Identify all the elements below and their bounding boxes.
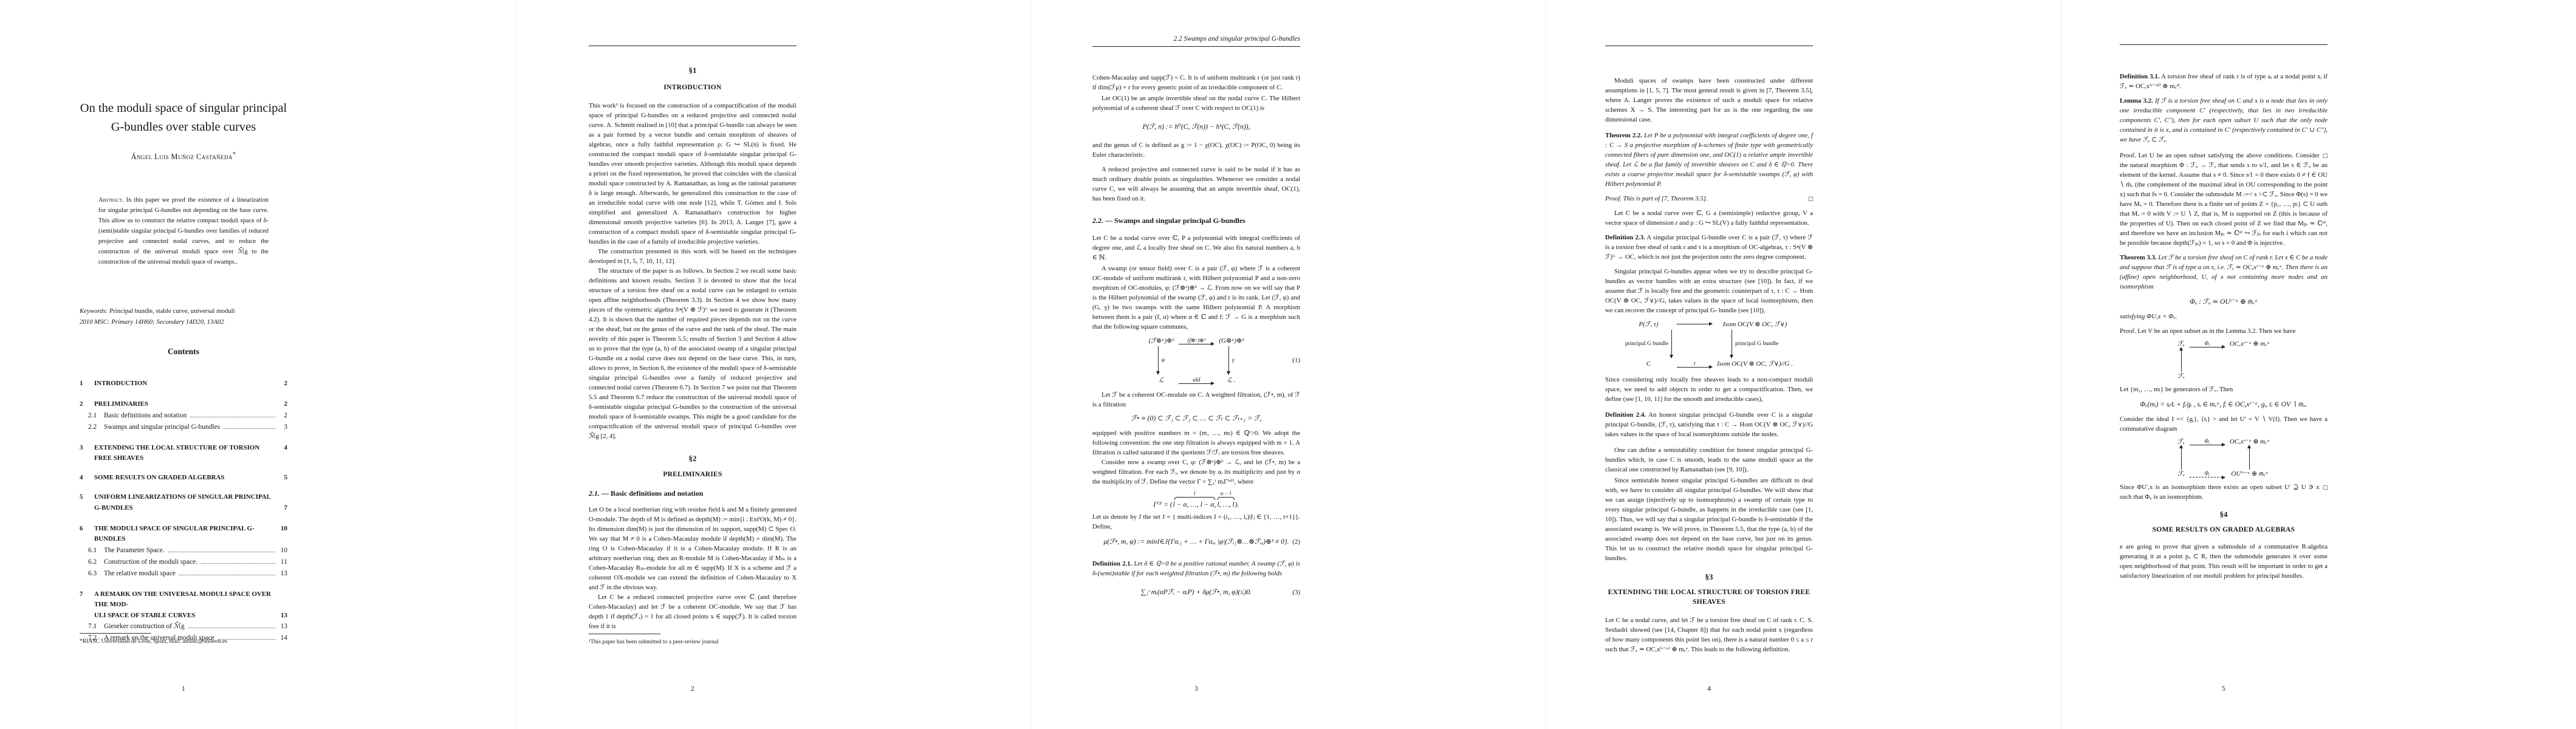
arrow-icon [1228,346,1229,374]
lemma-3-2: Lemma 3.2. If ℱ is a torsion free sheaf … [2120,96,2328,145]
toc-row-introduction: 1INTRODUCTION2 [80,378,287,389]
diagram-arrow-top: Φₓ [2190,438,2225,445]
paragraph: Let us denote by J the set J = { multi-i… [1092,512,1300,532]
commutative-diagram-1: (ℱ⊗ᵃ)⊕ᵇ (f⊗ᵃ)⊕ᵇ (G⊗ᵃ)⊕ᵇ φ γ ℒ αId ℒ . (1… [1092,337,1300,384]
diagram-arrow-up-left [2177,445,2185,470]
author-footnote-mark: * [233,151,236,158]
section-1-number: §1 [589,65,796,75]
definition-2-3: Definition 2.3. A singular principal G-b… [1605,233,1813,262]
overbrace-icon [1174,497,1215,500]
keywords-text: Principal bundle, stable curve, universa… [108,307,235,315]
overbrace-icon [1218,497,1235,500]
equation-number: (3) [1292,589,1300,596]
toc-row-2-1: 2.1Basic definitions and notation2 [80,411,287,421]
diagram-arrow-bottom: τ [1677,360,1712,368]
paragraph: equipped with positive numbers m = (m₁ …… [1092,428,1300,457]
arrow-icon [2249,445,2250,470]
qed-symbol: □ [2323,482,2328,492]
equation-hilbert-polynomial: P(ℱ, n) := h⁰(C, ℱ(n)) − h¹(C, ℱ(n)), [1092,122,1300,132]
theorem-3-3: Theorem 3.3. Let ℱ be a torsion free she… [2120,253,2328,292]
paragraph: A reduced projective and connected curve… [1092,165,1300,204]
paragraph: Singular principal G-bundles appear when… [1605,267,1813,315]
diagram-commutative-extension: ℱₓ Φₓ OC,xʳ⁻ᵃ ⊕ mₓᵃ ℱᵥ Φᵥ OU′ʳ⁻ᵃ ⊕ m̄ₓᵃ [2120,437,2328,477]
diagram-arrow-up-right [2230,445,2270,470]
arrow-icon [2181,347,2182,372]
proof-3-2: □Proof. Let U be an open subset satisfyi… [2120,151,2328,248]
arrow-icon [2181,445,2182,470]
diagram-arrow-top: Φₓ [2190,340,2225,347]
toc-row-uniform-linearizations-a: 5UNIFORM LINEARIZATIONS OF SINGULAR PRIN… [80,492,287,502]
page-1: On the moduli space of singular principa… [0,0,515,729]
toc-leader-dots [168,546,275,552]
paragraph: Cohen-Macaulay and supp(ℱ) = C. It is of… [1092,73,1300,92]
generators-line: Let {m₁, …, mₗ} be generators of ℱᵥ. The… [2120,385,2328,394]
diagram-arrow-up [2177,347,2185,372]
diagram-node: ℒ . [1219,376,1244,384]
toc-row-remark-b: ULI SPACE OF STABLE CURVES13 [80,611,287,621]
proof-3-3-intro: Proof. Let V be an open subset as in the… [2120,326,2328,336]
page-4: Moduli spaces of swamps have been constr… [1546,0,2061,729]
definition-2-4: Definition 2.4. An honest singular princ… [1605,410,1813,439]
dashed-arrow-icon [2190,477,2225,477]
satisfying-line: satisfying ΦU,x = Φₓ. [2120,312,2328,321]
paragraph: Let C be a reduced connected projective … [589,592,796,631]
overbrace-group: α − ll, …, l [1217,490,1234,508]
commutative-diagram-principal-bundle: P(ℱ, τ) Isom OC(V ⊗ OC, ℱ∨) principal G … [1605,320,1813,368]
section-2-title: PRELIMINARIES [589,470,796,479]
paragraph: Let C be a nodal curve over ℂ, G a (semi… [1605,208,1813,228]
diagram-arrow-top [1677,324,1712,324]
toc-leader-dots [201,558,275,564]
paragraph: Consider the ideal I =< {gᵢ}, {tᵢ} > and… [2120,414,2328,434]
diagram-node: ℱᵥ [2177,372,2185,380]
arrow-icon [2190,445,2225,445]
toc-row-7-1: 7.1Gieseker construction of ℳ̄g13 [80,621,287,632]
toc-row-graded-algebras: 4SOME RESULTS ON GRADED ALGEBRAS5 [80,473,287,483]
diagram-arrow-bottom: αId [1179,377,1214,384]
footnote-rule [80,633,151,634]
diagram-node: P(ℱ, τ) [1625,320,1672,328]
arrow-icon [1179,383,1214,384]
paragraph: Consider now a swamp over C, φ: (ℱ⊗ᵃ)⊕ᵇ … [1092,457,1300,487]
diagram-node: OU′ʳ⁻ᵃ ⊕ m̄ₓᵃ [2230,470,2270,477]
qed-symbol: □ [1809,194,1813,204]
equation-number: (2) [1292,538,1300,546]
page-5: Definition 3.1. A torsion free sheaf of … [2061,0,2576,729]
definition-2-1: Definition 2.1. Let δ ∈ ℚ>0 be a positiv… [1092,559,1300,578]
page-5-column: Definition 3.1. A torsion free sheaf of … [2120,0,2328,581]
equation-phi-mi: Φₓ(mᵢ) = sᵢ⁄tᵢ + fᵢ⁄gᵢ , sᵢ ∈ mₓᵃ, fᵢ ∈ … [2120,399,2328,409]
diagram-arrow-bottom-dashed: Φᵥ [2190,470,2225,477]
paper-montage: { "watermark": "arXiv:1806.09741v1 [math… [0,0,2576,729]
equation-filtration: ℱ• ≡ (0) ⊂ ℱ₁ ⊂ ℱ₂ ⊂ … ⊂ ℱₜ ⊂ ℱₜ₊₁ = ℱ, [1092,413,1300,423]
diagram-arrow-right: principal G bundle [1717,330,1793,358]
page-1-column: On the moduli space of singular principa… [80,0,287,643]
arrow-icon [1158,346,1159,374]
abstract-label: Abstract. [98,197,124,204]
footnote-peer-review: ¹This paper has been submitted to a peer… [589,638,796,646]
keywords-label: Keywords: [80,307,108,315]
diagram-arrow-right: γ [1219,346,1244,374]
toc-row-6-3: 6.3The relative moduli space13 [80,569,287,579]
diagram-node: (ℱ⊗ᵃ)⊕ᵇ [1149,337,1174,344]
page-2-column: §1 INTRODUCTION This work¹ is focused on… [589,0,796,631]
paragraph: Let C be a nodal curve over ℂ, P a polyn… [1092,233,1300,262]
arrow-icon [1732,330,1732,358]
section-2-number: §2 [589,453,796,464]
toc-row-preliminaries: 2PRELIMINARIES2 [80,399,287,409]
paragraph: This work¹ is focused on the constructio… [589,101,796,247]
diagram-arrow-top: (f⊗ᵃ)⊕ᵇ [1179,337,1214,344]
diagram-node: ℱᵥ [2177,470,2185,477]
diagram-node: Isom OC(V ⊗ OC, ℱ∨)//G . [1717,360,1793,368]
toc-row-uniform-linearizations-b: G-BUNDLES7 [80,503,287,513]
abstract: Abstract. In this paper we proof the exi… [98,196,269,267]
paragraph: Let C be a nodal curve, and let ℱ be a t… [1605,615,1813,654]
paper-title-line-2: G-bundles over stable curves [80,118,287,137]
toc-row-extending: 3EXTENDING THE LOCAL STRUCTURE OF TORSIO… [80,443,287,464]
toc-leader-dots [188,622,275,628]
equation-semistability: ∑₁ᵗ mᵢ(αPℱᵢ − αᵢP) + δμ(ℱ•, m, φ)(≤)0. (… [1092,587,1300,597]
page-2: §1 INTRODUCTION This work¹ is focused on… [515,0,1031,729]
section-4-number: §4 [2120,509,2328,519]
diagram-arrow-left: principal G bundle [1625,330,1672,358]
theorem-2-2: Theorem 2.2. Let P be a polynomial with … [1605,131,1813,189]
diagram-node: (G⊗ᵃ)⊕ᵇ [1219,337,1244,344]
paragraph: One can define a semistability condition… [1605,445,1813,474]
diagram-node: Isom OC(V ⊗ OC, ℱ∨) [1717,320,1793,328]
equation-gamma-vector: Γ⁽ˡ⁾ = ( ll − α, …, l − α, α − ll, …, l … [1092,490,1300,508]
paragraph: Since considering only locally free shea… [1605,375,1813,404]
definition-3-1: Definition 3.1. A torsion free sheaf of … [2120,72,2328,91]
page-number-1: 1 [80,685,287,693]
paragraph: e are going to prove that given a submod… [2120,542,2328,581]
toc-row-6-2: 6.2Construction of the moduli space.11 [80,557,287,567]
diagram-node: C [1625,360,1672,368]
arrow-icon [1677,324,1712,324]
msc-line: 2010 MSC: Primary 14H60; Secondary 14D20… [80,317,287,327]
contents-heading: Contents [80,347,287,357]
keywords-line: Keywords: Principal bundle, stable curve… [80,306,287,317]
paragraph: and the genus of C is defined as g := 1 … [1092,140,1300,160]
toc-leader-dots [224,423,275,429]
footnote-affiliation: *RIASC Universidad de León, Spain, mail:… [80,637,287,646]
equation-phi-u: Φᵤ : ℱᵤ ≃ OUʳ⁻ᵃ ⊕ m̄ₓᵃ [2120,296,2328,307]
paragraph: Let ℱ be a coherent OC-module on C. A we… [1092,390,1300,409]
paragraph: Let OC(1) be an ample invertible sheaf o… [1092,94,1300,113]
paper-title-line-1: On the moduli space of singular principa… [80,99,287,118]
author-line: Ángel Luis Muñoz Castañeda* [80,151,287,162]
toc-row-6-1: 6.1The Parameter Space.10 [80,546,287,556]
toc-row-2-2: 2.2Swamps and singular principal G-bundl… [80,422,287,433]
paragraph: The structure of the paper is as follows… [589,266,796,441]
toc-leader-dots [190,411,275,417]
section-4-title: SOME RESULTS ON GRADED ALGEBRAS [2120,525,2328,535]
arrow-icon [1671,330,1672,358]
proof-2-2: □Proof. This is part of [7, Theorem 3.5]… [1605,194,1813,204]
footnote-rule [589,634,660,634]
diagram-arrow-left: φ [1149,346,1174,374]
page-4-column: Moduli spaces of swamps have been constr… [1605,0,1813,654]
equation-number: (1) [1292,357,1300,364]
toc-leader-dots [179,569,275,575]
paragraph: Moduli spaces of swamps have been constr… [1605,76,1813,125]
qed-symbol: □ [2323,151,2328,160]
page-number-5: 5 [2120,685,2328,693]
subsection-2-1-heading: 2.1. — Basic definitions and notation [589,488,796,499]
section-3-number: §3 [1605,572,1813,582]
section-3-title: EXTENDING THE LOCAL STRUCTURE OF TORSION… [1605,587,1813,607]
paragraph: A swamp (or tensor field) over C is a pa… [1092,264,1300,332]
toc-row-remark-a: 7A REMARK ON THE UNIVERSAL MODULI SPACE … [80,589,287,610]
section-1-title: INTRODUCTION [589,83,796,92]
diagram-stalk-iso: ℱₓ Φₓ OC,xʳ⁻ᵃ ⊕ mₓᵃ ℱᵥ [2120,340,2328,380]
page-number-4: 4 [1605,685,1813,693]
paragraph: The construction presented in this work … [589,247,796,266]
paragraph: Since semistable honest singular princip… [1605,476,1813,563]
page-number-2: 2 [589,685,796,693]
arrow-icon [2190,347,2225,347]
page-number-3: 3 [1092,685,1300,693]
equation-mu: μ(ℱ•, m, φ) := minI∈J{Γαᵢ₁ + … + Γαᵢₐ |φ… [1092,536,1300,547]
diagram-node: ℒ [1149,376,1174,384]
page-3: 2.2 Swamps and singular principal G-bund… [1030,0,1546,729]
overbrace-group: ll − α, …, l − α, [1173,490,1216,508]
since-isomorphism-line: □Since ΦU′,x is an isomorphism there exi… [2120,482,2328,502]
paragraph: Let O be a local noetherian ring with re… [589,505,796,592]
author-name: Ángel Luis Muñoz Castañeda [131,152,233,161]
arrow-icon [1179,344,1214,344]
toc-row-moduli-space: 6THE MODULI SPACE OF SINGULAR PRINCIPAL … [80,524,287,544]
subsection-2-2-heading: 2.2. — Swamps and singular principal G-b… [1092,216,1300,226]
page-3-column: Cohen-Macaulay and supp(ℱ) = C. It is of… [1092,0,1300,597]
arrow-icon [1677,367,1712,368]
diagram-node: OC,xʳ⁻ᵃ ⊕ mₓᵃ [2230,340,2270,347]
abstract-text: In this paper we proof the existence of … [98,197,269,265]
